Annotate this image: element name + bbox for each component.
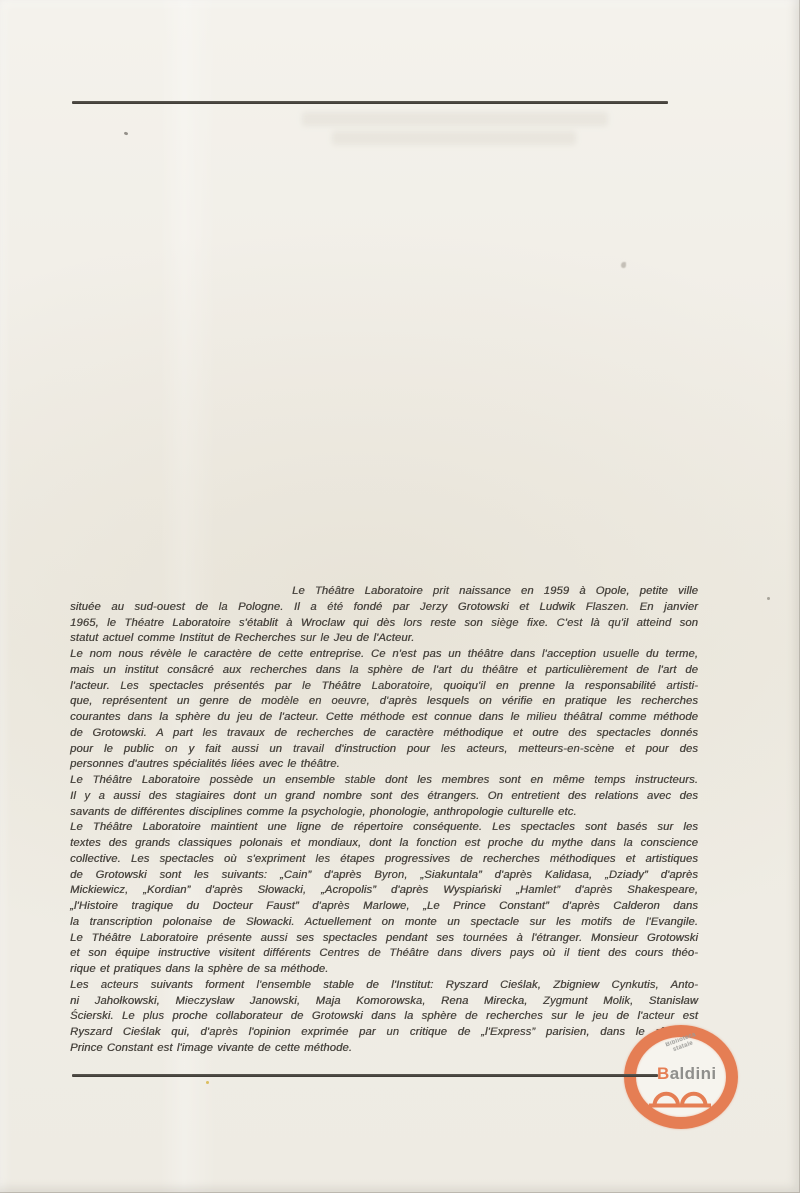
- bleedthrough-ghost: [302, 112, 608, 126]
- text-line: statut actuel comme Institut de Recherch…: [70, 631, 698, 647]
- text-line: la transcription polonaise de Słowacki. …: [70, 915, 698, 931]
- paper-speck: [206, 1081, 209, 1084]
- text-line: Le Théâtre Laboratoire présente aussi se…: [70, 931, 698, 947]
- bleedthrough-ghost: [332, 131, 576, 145]
- text-line: 1965, le Théatre Laboratoire s'établit à…: [70, 616, 698, 632]
- text-line: rique et pratiques dans la sphère de sa …: [70, 962, 698, 978]
- text-line: collective. Les spectacles où s'exprimen…: [70, 852, 698, 868]
- text-line: Ścierski. Le plus proche collaborateur d…: [70, 1009, 698, 1025]
- text-line: ni Jahołkowski, Mieczysław Janowski, Maj…: [70, 994, 698, 1010]
- text-line: textes des grands classiques polonais et…: [70, 836, 698, 852]
- text-line: Il y a aussi des stagiaires dont un gran…: [70, 789, 698, 805]
- stamp-name-initial: B: [657, 1064, 670, 1083]
- text-line: Mickiewicz, „Kordian” d'après Słowacki, …: [70, 883, 698, 899]
- paper-speck: [767, 597, 770, 600]
- library-stamp: Biblioteca statale Baldini: [624, 1025, 738, 1129]
- top-horizontal-rule: [72, 101, 668, 104]
- stamp-name: Baldini: [657, 1064, 716, 1084]
- stamp-name-rest: aldini: [670, 1064, 717, 1083]
- text-line: Les acteurs suivants forment l'ensemble …: [70, 978, 698, 994]
- open-book-icon: [646, 1083, 714, 1109]
- paper-speck: [621, 262, 626, 268]
- text-line: pour le public on y fait aussi un travai…: [70, 742, 698, 758]
- bottom-horizontal-rule: [72, 1074, 658, 1077]
- text-line: Ryszard Cieślak qui, d'après l'opinion e…: [70, 1025, 698, 1041]
- scanned-document-page: Le Théâtre Laboratoire prit naissance en…: [0, 0, 800, 1193]
- paper-speck: [124, 131, 129, 135]
- text-line: Le Théâtre Laboratoire prit naissance en…: [70, 584, 698, 600]
- text-line: de Grotowski. A part les travaux de rech…: [70, 726, 698, 742]
- text-line: située au sud-ouest de la Pologne. Il a …: [70, 600, 698, 616]
- text-line: que, représentent un genre de modèle en …: [70, 694, 698, 710]
- text-line: personnes d'autres spécialités liées ave…: [70, 757, 698, 773]
- text-line: courantes dans la sphère du jeu de l'act…: [70, 710, 698, 726]
- text-line: Le Théâtre Laboratoire possède un ensemb…: [70, 773, 698, 789]
- text-line: Le nom nous révèle le caractère de cette…: [70, 647, 698, 663]
- text-line: de Grotowski sont les suivants: „Cain” d…: [70, 868, 698, 884]
- text-line: mais un institut consâcré aux recherches…: [70, 663, 698, 679]
- text-line: et son équipe instructive visitent diffé…: [70, 946, 698, 962]
- body-text: Le Théâtre Laboratoire prit naissance en…: [70, 584, 698, 1057]
- text-line: Prince Constant est l'image vivante de c…: [70, 1041, 698, 1057]
- text-line: savants de différentes disciplines comme…: [70, 805, 698, 821]
- text-line: Le Théâtre Laboratoire maintient une lig…: [70, 820, 698, 836]
- text-line: l'acteur. Les spectacles présentés par l…: [70, 679, 698, 695]
- text-line: „l'Histoire tragique du Docteur Faust” d…: [70, 899, 698, 915]
